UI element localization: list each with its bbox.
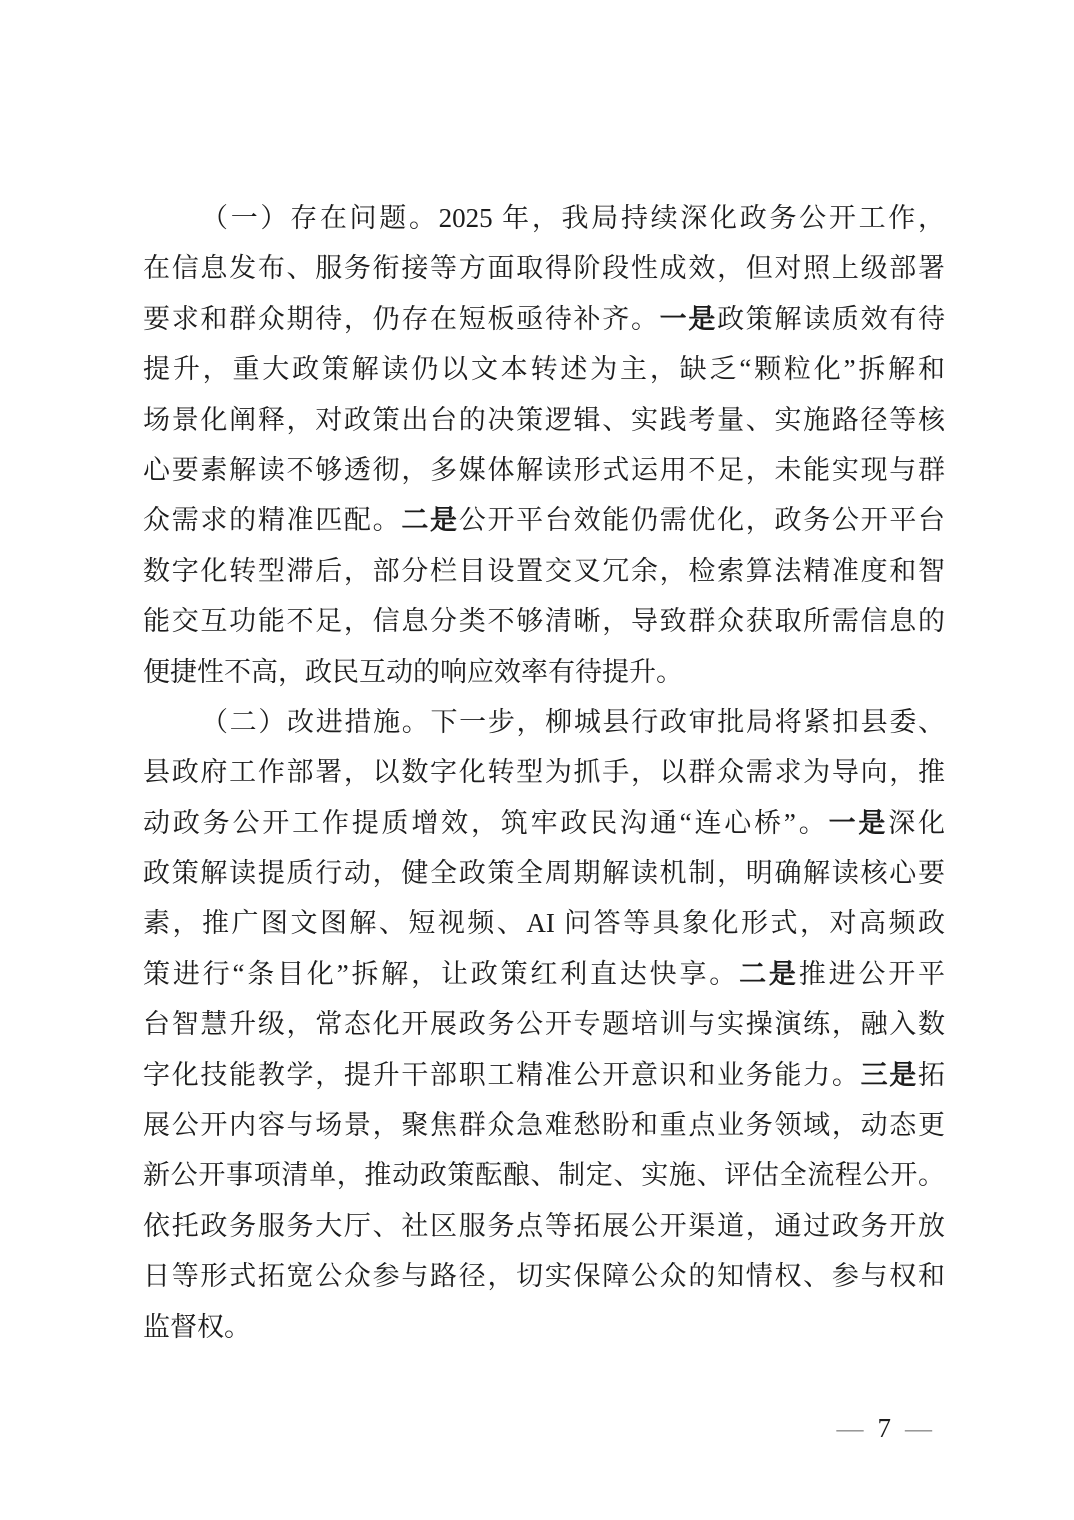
text-segment: 日等形式拓宽公众参与路径，切实保障公众的知情权、参与权和 bbox=[143, 1261, 945, 1291]
text-line: 展公开内容与场景，聚焦群众急难愁盼和重点业务领域，动态更 bbox=[143, 1100, 945, 1150]
text-line: 要求和群众期待，仍存在短板亟待补齐。一是政策解读质效有待 bbox=[143, 294, 945, 344]
text-line: 依托政务服务大厅、社区服务点等拓展公开渠道，通过政务开放 bbox=[143, 1201, 945, 1251]
text-segment: 监督权。 bbox=[143, 1312, 251, 1342]
bold-ordinal-marker: 三是 bbox=[861, 1060, 918, 1090]
text-segment: （一）存在问题。 bbox=[201, 203, 439, 233]
text-segment: 能交互功能不足，信息分类不够清晰，导致群众获取所需信息的 bbox=[143, 606, 945, 636]
text-line: 能交互功能不足，信息分类不够清晰，导致群众获取所需信息的 bbox=[143, 596, 945, 646]
document-body: （一）存在问题。2025 年，我局持续深化政务公开工作，在信息发布、服务衔接等方… bbox=[143, 193, 945, 1352]
text-line: 动政务公开工作提质增效，筑牢政民沟通“连心桥”。一是深化 bbox=[143, 798, 945, 848]
text-line: （一）存在问题。2025 年，我局持续深化政务公开工作， bbox=[143, 193, 945, 243]
text-segment: 心要素解读不够透彻，多媒体解读形式运用不足，未能实现与群 bbox=[143, 455, 945, 485]
text-line: 心要素解读不够透彻，多媒体解读形式运用不足，未能实现与群 bbox=[143, 445, 945, 495]
text-line: 日等形式拓宽公众参与路径，切实保障公众的知情权、参与权和 bbox=[143, 1251, 945, 1301]
text-segment: 策进行“条目化”拆解，让政策红利直达快享。 bbox=[143, 959, 739, 989]
text-segment: （二）改进措施。 bbox=[201, 707, 430, 737]
text-line: 政策解读提质行动，健全政策全周期解读机制，明确解读核心要 bbox=[143, 848, 945, 898]
text-segment: 在信息发布、服务衔接等方面取得阶段性成效，但对照上级部署 bbox=[143, 253, 945, 283]
text-segment: 新公开事项清单，推动政策酝酿、制定、实施、评估全流程公开。 bbox=[143, 1160, 945, 1190]
text-segment: 2025 年，我局持续深化政务公开工作， bbox=[439, 203, 945, 233]
text-segment: 素，推广图文图解、短视频、AI 问答等具象化形式，对高频政 bbox=[143, 908, 945, 938]
text-segment: 依托政务服务大厅、社区服务点等拓展公开渠道，通过政务开放 bbox=[143, 1211, 945, 1241]
bold-ordinal-marker: 一是 bbox=[660, 304, 717, 334]
document-page: （一）存在问题。2025 年，我局持续深化政务公开工作，在信息发布、服务衔接等方… bbox=[0, 0, 1074, 1520]
text-segment: 下一步，柳城县行政审批局将紧扣县委、 bbox=[430, 707, 945, 737]
text-line: 字化技能教学，提升干部职工精准公开意识和业务能力。三是拓 bbox=[143, 1050, 945, 1100]
bold-ordinal-marker: 二是 bbox=[739, 959, 799, 989]
text-segment: 政策解读质效有待 bbox=[717, 304, 945, 334]
text-line: 数字化转型滞后，部分栏目设置交叉冗余，检索算法精准度和智 bbox=[143, 546, 945, 596]
text-segment: 公开平台效能仍需优化，政务公开平台 bbox=[459, 505, 945, 535]
page-number-value: 7 bbox=[878, 1413, 892, 1443]
text-segment: 展公开内容与场景，聚焦群众急难愁盼和重点业务领域，动态更 bbox=[143, 1110, 945, 1140]
text-segment: 提升，重大政策解读仍以文本转述为主，缺乏“颗粒化”拆解和 bbox=[143, 354, 945, 384]
text-line: 台智慧升级，常态化开展政务公开专题培训与实操演练，融入数 bbox=[143, 999, 945, 1049]
paragraph: （二）改进措施。下一步，柳城县行政审批局将紧扣县委、县政府工作部署，以数字化转型… bbox=[143, 697, 945, 1352]
text-line: 在信息发布、服务衔接等方面取得阶段性成效，但对照上级部署 bbox=[143, 243, 945, 293]
text-segment: 推进公开平 bbox=[799, 959, 945, 989]
bold-ordinal-marker: 一是 bbox=[829, 808, 889, 838]
text-segment: 深化 bbox=[888, 808, 945, 838]
text-segment: 数字化转型滞后，部分栏目设置交叉冗余，检索算法精准度和智 bbox=[143, 556, 945, 586]
page-number-dash-left: — bbox=[837, 1413, 864, 1443]
text-line: 新公开事项清单，推动政策酝酿、制定、实施、评估全流程公开。 bbox=[143, 1150, 945, 1200]
bold-ordinal-marker: 二是 bbox=[401, 505, 458, 535]
text-line: （二）改进措施。下一步，柳城县行政审批局将紧扣县委、 bbox=[143, 697, 945, 747]
page-number-dash-right: — bbox=[905, 1413, 932, 1443]
text-line: 场景化阐释，对政策出台的决策逻辑、实践考量、实施路径等核 bbox=[143, 395, 945, 445]
text-line: 策进行“条目化”拆解，让政策红利直达快享。二是推进公开平 bbox=[143, 949, 945, 999]
text-line: 县政府工作部署，以数字化转型为抓手，以群众需求为导向，推 bbox=[143, 747, 945, 797]
text-segment: 台智慧升级，常态化开展政务公开专题培训与实操演练，融入数 bbox=[143, 1009, 945, 1039]
text-segment: 县政府工作部署，以数字化转型为抓手，以群众需求为导向，推 bbox=[143, 757, 945, 787]
text-line: 众需求的精准匹配。二是公开平台效能仍需优化，政务公开平台 bbox=[143, 495, 945, 545]
text-line: 便捷性不高，政民互动的响应效率有待提升。 bbox=[143, 647, 945, 697]
text-segment: 场景化阐释，对政策出台的决策逻辑、实践考量、实施路径等核 bbox=[143, 405, 945, 435]
text-segment: 政策解读提质行动，健全政策全周期解读机制，明确解读核心要 bbox=[143, 858, 945, 888]
text-line: 监督权。 bbox=[143, 1302, 945, 1352]
text-segment: 便捷性不高，政民互动的响应效率有待提升。 bbox=[143, 657, 683, 687]
text-segment: 众需求的精准匹配。 bbox=[143, 505, 401, 535]
page-number: —7— bbox=[823, 1408, 947, 1448]
text-line: 提升，重大政策解读仍以文本转述为主，缺乏“颗粒化”拆解和 bbox=[143, 344, 945, 394]
text-segment: 拓 bbox=[918, 1060, 945, 1090]
text-segment: 动政务公开工作提质增效，筑牢政民沟通“连心桥”。 bbox=[143, 808, 829, 838]
paragraph: （一）存在问题。2025 年，我局持续深化政务公开工作，在信息发布、服务衔接等方… bbox=[143, 193, 945, 697]
text-line: 素，推广图文图解、短视频、AI 问答等具象化形式，对高频政 bbox=[143, 898, 945, 948]
text-segment: 字化技能教学，提升干部职工精准公开意识和业务能力。 bbox=[143, 1060, 861, 1090]
text-segment: 要求和群众期待，仍存在短板亟待补齐。 bbox=[143, 304, 660, 334]
